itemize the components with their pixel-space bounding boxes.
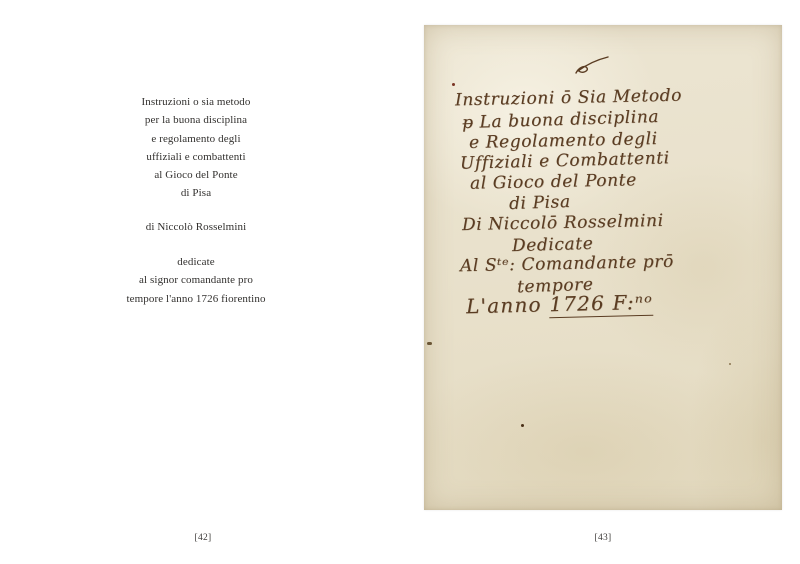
manuscript-scan: Instruzioni ō Sia Metodo p̶ La buona dis… — [424, 25, 782, 510]
manuscript-year-line: L'anno 1726 F:ⁿᵒ — [466, 290, 654, 319]
manuscript-line: Uffiziali e Combattenti — [460, 148, 670, 173]
transcription-title-line: e regolamento degli — [66, 130, 326, 148]
manuscript-line: al Gioco del Ponte — [470, 170, 637, 193]
page-number-right: [43] — [580, 533, 626, 543]
transcription-dedication-line: dedicate — [66, 253, 326, 271]
manuscript-line: Di Niccolō Rosselmini — [462, 211, 664, 235]
transcription-title-line: Instruzioni o sia metodo — [66, 93, 326, 111]
transcription-block: Instruzioni o sia metodo per la buona di… — [66, 93, 326, 308]
transcription-title-line: di Pisa — [66, 184, 326, 202]
transcription-title-line: al Gioco del Ponte — [66, 166, 326, 184]
invocation-cross-icon — [572, 53, 612, 81]
paper-speck — [427, 342, 432, 345]
paper-speck — [452, 83, 455, 86]
transcription-title-line: per la buona disciplina — [66, 111, 326, 129]
paper-speck — [729, 363, 731, 365]
manuscript-line: Al Sᵗᵉ: Comandante prō — [460, 252, 674, 276]
year-line-prefix: L'anno — [466, 292, 550, 318]
transcription-dedication-line: al signor comandante pro — [66, 271, 326, 289]
transcription-author-line: di Niccolò Rosselmini — [66, 218, 326, 236]
page-number-left: [42] — [180, 533, 226, 543]
manuscript-line: di Pisa — [509, 192, 571, 214]
book-spread: Instruzioni o sia metodo per la buona di… — [0, 0, 800, 564]
transcription-title-line: uffiziali e combattenti — [66, 148, 326, 166]
year-line-underlined: 1726 F:ⁿᵒ — [549, 290, 653, 319]
paper-speck — [521, 424, 524, 427]
transcription-dedication-line: tempore l'anno 1726 fiorentino — [66, 290, 326, 308]
